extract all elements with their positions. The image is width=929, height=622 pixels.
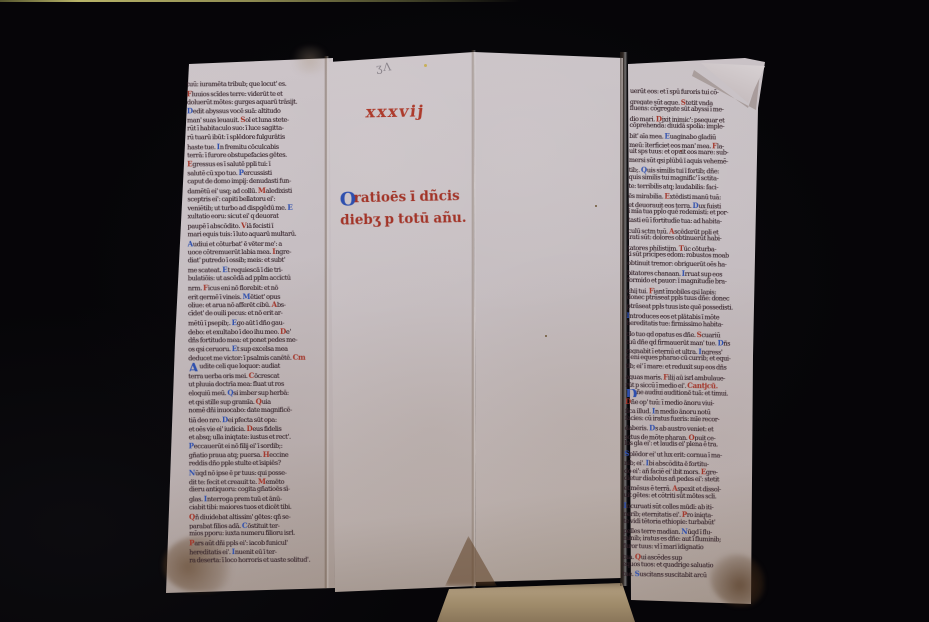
- folio-number: xxxvij: [365, 101, 426, 121]
- rubric-orationes: Oratioēs ī dñcisdiebʒ p totū añu.: [340, 187, 493, 234]
- speck: [595, 205, 597, 207]
- speck: [545, 335, 547, 337]
- text-column-left: tuū: iuramēta tribub; que locut' es.Fluu…: [187, 80, 324, 569]
- water-stain-top: [288, 46, 332, 74]
- text-column-right: uerūt eos: et ī spū furoris tui cō-grega…: [622, 88, 751, 582]
- bottom-parchment-flap: [437, 582, 635, 622]
- faint-pencil-inscription: ʒΛ: [375, 60, 392, 74]
- photo-backdrop: ʒΛ xxxvij Oratioēs ī dñcisdiebʒ p totū a…: [0, 0, 929, 622]
- parchment-panel-center-left: [327, 46, 476, 594]
- parchment-panel-center-right: [474, 48, 625, 583]
- film-edge-artifact: [0, 0, 650, 2]
- fold-crease-left: [324, 56, 329, 588]
- speck: [424, 64, 427, 67]
- fold-crease-center: [471, 50, 476, 588]
